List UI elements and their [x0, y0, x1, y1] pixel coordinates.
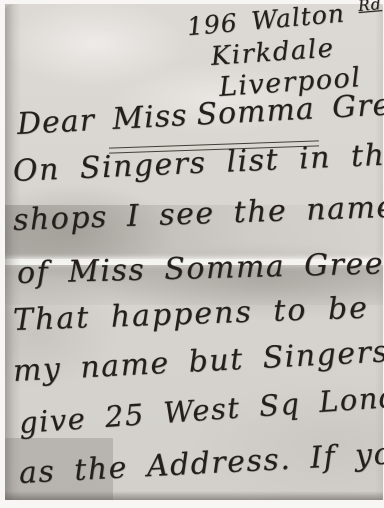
body-line-7: as the Address. If you	[18, 435, 384, 491]
address-line-street: 196 Walton Rd	[186, 0, 384, 41]
body-line-5: my name but Singers	[12, 334, 384, 389]
salutation-prefix: Dear Miss	[16, 98, 188, 142]
street-suffix: Rd	[357, 0, 382, 15]
body-line-1: On Singers list in the	[12, 137, 384, 189]
salutation-line: Dear MissSomma Green	[16, 85, 384, 142]
letter-photo: 196 Walton Rd Kirkdale Liverpool Dear Mi…	[0, 0, 384, 508]
body-line-3: of Miss Somma Green.	[17, 246, 384, 291]
body-line-4: That happens to be	[12, 291, 369, 338]
bottom-edge-shadow	[5, 491, 383, 500]
letter-paper: 196 Walton Rd Kirkdale Liverpool Dear Mi…	[5, 4, 383, 500]
body-line-6: give 25 West Sq London	[18, 377, 384, 440]
body-line-2: shops I see the name	[12, 190, 384, 238]
